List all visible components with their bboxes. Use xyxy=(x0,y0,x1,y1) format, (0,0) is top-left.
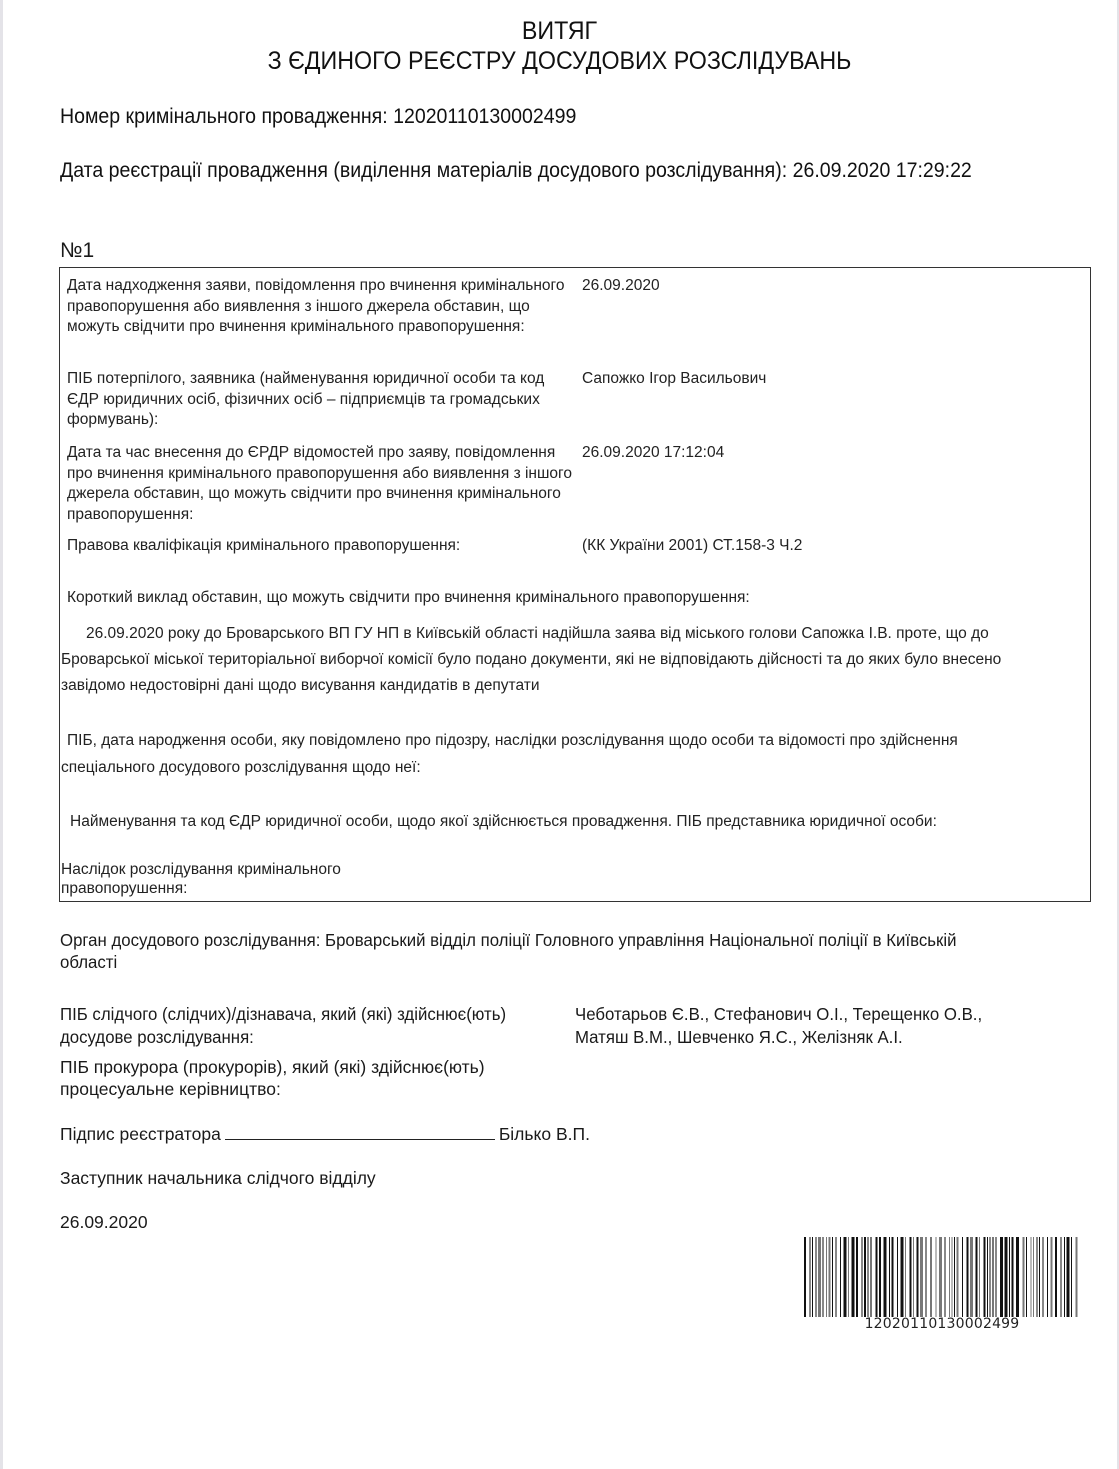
row-value-applicant: Сапожко Ігор Васильович xyxy=(582,369,1072,390)
row-label-qualification: Правова кваліфікація кримінального право… xyxy=(67,536,577,557)
row-value-qualification: (КК України 2001) СТ.158-3 Ч.2 xyxy=(582,536,1072,557)
investigators-value-line-1: Чеботарьов Є.В., Стефанович О.І., Тереще… xyxy=(575,1003,982,1025)
summary-line-1: 26.09.2020 року до Броварського ВП ГУ НП… xyxy=(86,624,1106,645)
page-edge-left xyxy=(0,0,3,1469)
row-value-receipt-date: 26.09.2020 xyxy=(582,276,1072,297)
barcode-icon xyxy=(804,1237,1080,1317)
registrar-name: Білько В.П. xyxy=(499,1124,590,1144)
row-value-entry-datetime: 26.09.2020 17:12:04 xyxy=(582,443,1072,464)
registration-date: Дата реєстрації провадження (виділення м… xyxy=(60,158,1027,184)
summary-line-2: Броварської міської територіальної вибор… xyxy=(61,650,1081,671)
entry-number: №1 xyxy=(60,238,94,264)
case-number: Номер кримінального провадження: 1202011… xyxy=(60,104,576,130)
authority-line-2: області xyxy=(60,951,117,973)
barcode-number: 12020110130002499 xyxy=(804,1316,1080,1332)
prosecutor-label-line-1: ПІБ прокурора (прокурорів), який (які) з… xyxy=(60,1056,485,1078)
authority-line-1: Орган досудового розслідування: Броварсь… xyxy=(60,929,956,951)
summary-line-3: завідомо недостовірні дані щодо висуванн… xyxy=(61,676,1081,697)
registrar-position: Заступник начальника слідчого відділу xyxy=(60,1167,376,1189)
document-date: 26.09.2020 xyxy=(60,1211,148,1233)
document-title: ВИТЯГ xyxy=(39,16,1080,46)
outcome-heading-line-1: Наслідок розслідування кримінального xyxy=(61,860,1081,881)
prosecutor-label-line-2: процесуальне керівництво: xyxy=(60,1078,281,1100)
row-label-receipt-date: Дата надходження заяви, повідомлення про… xyxy=(67,276,577,338)
suspect-heading-line-1: ПІБ, дата народження особи, яку повідомл… xyxy=(67,731,1087,752)
row-label-applicant: ПІБ потерпілого, заявника (найменування … xyxy=(67,369,577,431)
signature-line xyxy=(225,1123,495,1140)
signature-row: Підпис реєстратораБілько В.П. xyxy=(60,1123,590,1145)
investigators-value-line-2: Матяш В.М., Шевченко Я.С., Желізняк А.І. xyxy=(575,1026,903,1048)
legal-entity-heading: Найменування та код ЄДР юридичної особи,… xyxy=(70,812,1090,833)
entry-box: Дата надходження заяви, повідомлення про… xyxy=(59,267,1091,902)
suspect-heading-line-2: спеціального досудового розслідування що… xyxy=(61,758,1081,779)
outcome-heading-line-2: правопорушення: xyxy=(61,879,1081,900)
document-subtitle: З ЄДИНОГО РЕЄСТРУ ДОСУДОВИХ РОЗСЛІДУВАНЬ xyxy=(39,46,1080,76)
row-label-entry-datetime: Дата та час внесення до ЄРДР відомостей … xyxy=(67,443,577,525)
signature-label: Підпис реєстратора xyxy=(60,1124,221,1144)
investigators-label-line-1: ПІБ слідчого (слідчих)/дізнавача, який (… xyxy=(60,1003,506,1025)
summary-heading: Короткий виклад обставин, що можуть свід… xyxy=(67,588,1087,609)
investigators-label-line-2: досудове розслідування: xyxy=(60,1026,254,1048)
